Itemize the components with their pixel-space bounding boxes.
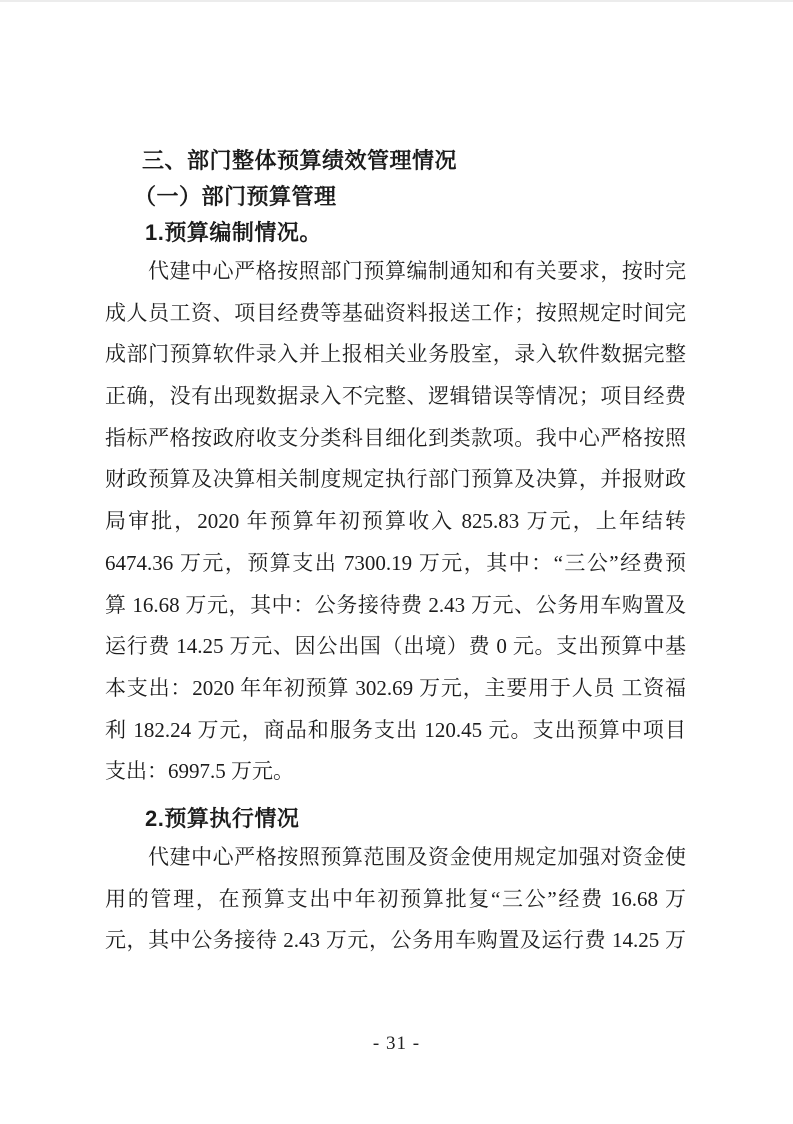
page-content: 三、部门整体预算绩效管理情况 （一）部门预算管理 1.预算编制情况。 代建中心严…	[105, 143, 686, 962]
paragraph-budget-execution: 代建中心严格按照预算范围及资金使用规定加强对资金使 用的管理，在预算支出中年初预…	[105, 837, 686, 962]
body-line: 正确，没有出现数据录入不完整、逻辑错误等情况；项目经费	[105, 376, 686, 418]
document-page: 三、部门整体预算绩效管理情况 （一）部门预算管理 1.预算编制情况。 代建中心严…	[0, 0, 793, 1124]
body-line: 成人员工资、项目经费等基础资料报送工作；按照规定时间完	[105, 293, 686, 335]
body-line: 指标严格按政府收支分类科目细化到类款项。我中心严格按照	[105, 418, 686, 460]
body-line: 代建中心严格按照预算范围及资金使用规定加强对资金使	[105, 837, 686, 879]
body-line: 6474.36 万元，预算支出 7300.19 万元，其中：“三公”经费预	[105, 543, 686, 585]
body-line: 运行费 14.25 万元、因公出国（出境）费 0 元。支出预算中基	[105, 626, 686, 668]
page-number: - 31 -	[0, 1030, 793, 1058]
section-heading: 三、部门整体预算绩效管理情况	[105, 143, 686, 179]
body-line: 代建中心严格按照部门预算编制通知和有关要求，按时完	[105, 251, 686, 293]
body-line: 财政预算及决算相关制度规定执行部门预算及决算，并报财政	[105, 459, 686, 501]
subsection-heading: （一）部门预算管理	[105, 179, 686, 215]
body-line: 元，其中公务接待 2.43 万元，公务用车购置及运行费 14.25 万	[105, 920, 686, 962]
item-heading-1: 1.预算编制情况。	[105, 215, 686, 251]
item-heading-2: 2.预算执行情况	[105, 801, 686, 837]
body-line: 成部门预算软件录入并上报相关业务股室，录入软件数据完整	[105, 334, 686, 376]
body-line: 利 182.24 万元，商品和服务支出 120.45 元。支出预算中项目	[105, 710, 686, 752]
body-line: 局审批，2020 年预算年初预算收入 825.83 万元，上年结转	[105, 501, 686, 543]
body-line: 本支出：2020 年年初预算 302.69 万元，主要用于人员 工资福	[105, 668, 686, 710]
body-line: 支出：6997.5 万元。	[105, 751, 686, 793]
body-line: 算 16.68 万元，其中：公务接待费 2.43 万元、公务用车购置及	[105, 585, 686, 627]
paragraph-budget-preparation: 代建中心严格按照部门预算编制通知和有关要求，按时完 成人员工资、项目经费等基础资…	[105, 251, 686, 793]
body-line: 用的管理，在预算支出中年初预算批复“三公”经费 16.68 万	[105, 879, 686, 921]
